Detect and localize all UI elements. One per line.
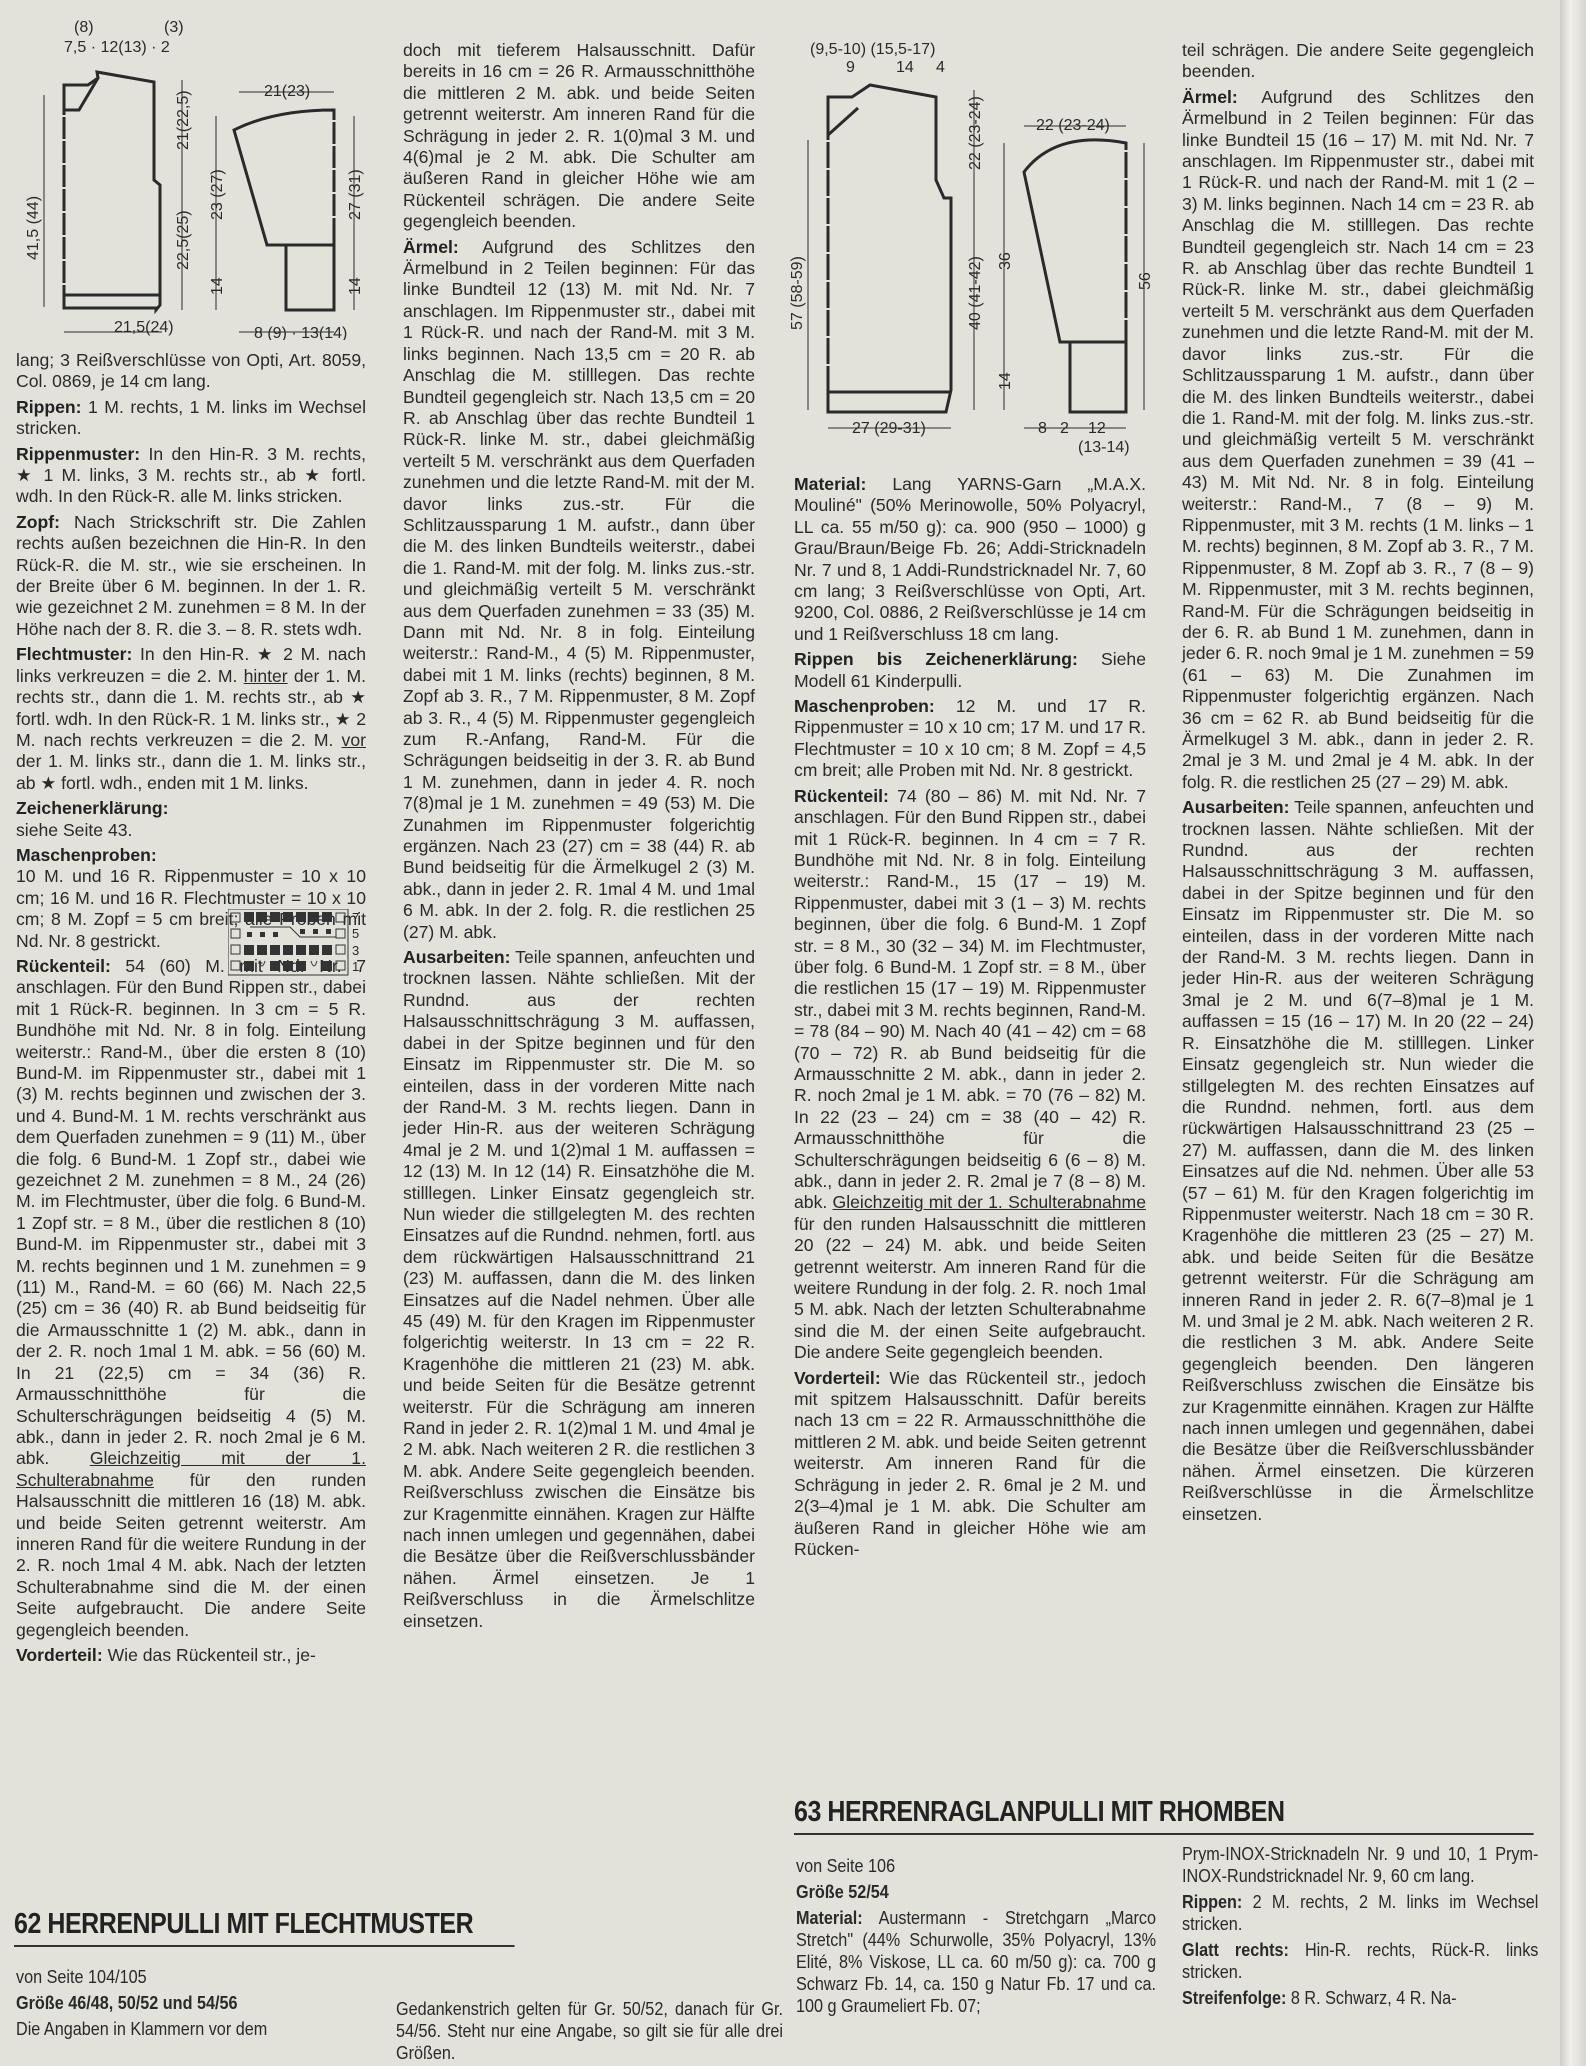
size-label: Größe 46/48, 50/52 und 54/56 (16, 1992, 367, 2014)
paragraph-rueckenteil: Rückenteil: 74 (80 – 86) M. mit Nd. Nr. … (794, 786, 1146, 1364)
paragraph-aermel: Ärmel: Aufgrund des Schlitzes den Ärmelb… (403, 237, 755, 943)
dim-label: 2 (1060, 420, 1069, 437)
paragraph-ausarbeiten: Ausarbeiten: Teile spannen, anfeuchten u… (1182, 797, 1534, 1525)
section-63-right: Prym-INOX-Stricknadeln Nr. 9 und 10, 1 P… (1182, 1843, 1538, 2013)
paragraph-rippen-ref: Rippen bis Zeichenerklärung: Siehe Model… (794, 649, 1146, 692)
paragraph-streifenfolge: Streifenfolge: 8 R. Schwarz, 4 R. Na- (1182, 1987, 1538, 2009)
column-1: lang; 3 Reißverschlüsse von Opti, Art. 8… (16, 350, 366, 1670)
dim-label: 41,5 (44) (25, 196, 42, 260)
section-62-note: Gedankenstrich gelten für Gr. 50/52, dan… (396, 1998, 783, 2066)
paragraph-rippenmuster: Rippenmuster: In den Hin-R. 3 M. rechts,… (16, 444, 366, 508)
paragraph-rippen: Rippen: 2 M. rechts, 2 M. links im Wechs… (1182, 1891, 1538, 1935)
dim-label: 4 (936, 59, 945, 76)
dim-label: 22 (23-24) (967, 96, 984, 170)
dim-label: 22 (23-24) (1036, 117, 1110, 134)
column-4: teil schrägen. Die andere Seite gegengle… (1182, 40, 1534, 1529)
column-2: doch mit tieferem Halsausschnitt. Dafür … (403, 40, 755, 1636)
paragraph-material-cont: lang; 3 Reißverschlüsse von Opti, Art. 8… (16, 350, 366, 393)
dim-label: 21,5(24) (114, 319, 174, 336)
page-edge (1560, 0, 1586, 2066)
dim-label: 40 (41-42) (967, 256, 984, 330)
paragraph-rippen: Rippen: 1 M. rechts, 1 M. links im Wechs… (16, 397, 366, 440)
row-number: 1 (352, 959, 359, 974)
paragraph-vorderteil: Vorderteil: Wie das Rückenteil str., jed… (794, 1368, 1146, 1561)
size-note: Die Angaben in Klammern vor dem (16, 2018, 367, 2040)
dim-label: 14 (997, 372, 1014, 390)
dim-label: 27 (31) (347, 169, 364, 220)
dim-label: 23 (27) (209, 169, 226, 220)
paragraph-maschenproben: Maschenproben: 12 M. und 17 R. Rippenmus… (794, 696, 1146, 782)
section-heading-62: 62 HERRENPULLI MIT FLECHTMUSTER (14, 1908, 515, 1947)
paragraph-vorderteil-cont: doch mit tieferem Halsausschnitt. Dafür … (403, 40, 755, 233)
size-label: Größe 52/54 (796, 1881, 1156, 1903)
dim-label: 8 (1038, 420, 1047, 437)
row-number: 5 (352, 926, 359, 941)
paragraph-flechtmuster: Flechtmuster: In den Hin-R. ★ 2 M. nach … (16, 644, 366, 794)
knitting-chart: 7 5 3 1 (228, 909, 364, 979)
dim-label: 56 (1137, 272, 1154, 290)
schematic-diagram-62: (8) (3) 7,5 · 12(13) · 2 21,5(24) 21(23)… (14, 20, 394, 340)
dim-label: 22,5(25) (175, 210, 192, 270)
dim-label: 14 (896, 59, 914, 76)
schematic-diagram-61: (9,5-10) (15,5-17) 9 14 4 27 (29-31) 22 … (786, 30, 1166, 460)
dim-label: 12 (1088, 420, 1106, 437)
from-page: von Seite 106 (796, 1855, 1156, 1877)
dim-label: (9,5-10) (15,5-17) (810, 41, 935, 58)
paragraph-vorderteil: Vorderteil: Wie das Rückenteil str., je- (16, 1645, 366, 1666)
paragraph-material: Material: Lang YARNS-Garn „M.A.X. Moulin… (794, 474, 1146, 645)
dim-label: 14 (209, 277, 226, 295)
section-heading-63: 63 HERRENRAGLANPULLI MIT RHOMBEN (794, 1796, 1534, 1835)
dim-label: 9 (846, 59, 855, 76)
row-number: 3 (352, 943, 359, 958)
paragraph-aermel: Ärmel: Aufgrund des Schlitzes den Ärmelb… (1182, 87, 1534, 793)
dim-label: (13-14) (1078, 439, 1130, 456)
column-3: Material: Lang YARNS-Garn „M.A.X. Moulin… (794, 474, 1146, 1564)
paragraph-vorderteil-cont: teil schrägen. Die andere Seite gegengle… (1182, 40, 1534, 83)
legend-block: Zeichenerklärung: siehe Seite 43. Masche… (16, 798, 226, 866)
dim-label: (8) (74, 20, 94, 36)
from-page: von Seite 104/105 (16, 1966, 367, 1988)
dim-label: 36 (997, 252, 1014, 270)
dim-label: 27 (29-31) (852, 420, 926, 437)
magazine-page: (8) (3) 7,5 · 12(13) · 2 21,5(24) 21(23)… (0, 0, 1560, 2066)
paragraph-material: Material: Austermann - Stretchgarn „Marc… (796, 1907, 1156, 2017)
paragraph-ausarbeiten: Ausarbeiten: Teile spannen, anfeuchten u… (403, 947, 755, 1632)
dim-label: 14 (347, 277, 364, 295)
dim-label: 8 (9) · 13(14) (254, 325, 347, 340)
section-63-left: von Seite 106 Größe 52/54 Material: Aust… (796, 1855, 1156, 2021)
row-number: 7 (352, 910, 359, 925)
paragraph-rueckenteil: Rückenteil: 54 (60) M. mit Nd. Nr. 7 ans… (16, 956, 366, 1641)
paragraph-zopf: Zopf: Nach Strickschrift str. Die Zahlen… (16, 512, 366, 640)
section-62-intro: von Seite 104/105 Größe 46/48, 50/52 und… (16, 1966, 367, 2044)
dim-label: 21(23) (264, 83, 310, 100)
paragraph-needles: Prym-INOX-Stricknadeln Nr. 9 und 10, 1 P… (1182, 1843, 1538, 1887)
dim-label: 7,5 · 12(13) · 2 (64, 39, 170, 56)
paragraph-glatt-rechts: Glatt rechts: Hin-R. rechts, Rück-R. lin… (1182, 1939, 1538, 1983)
dim-label: 21(22,5) (175, 90, 192, 150)
dim-label: (3) (164, 20, 184, 36)
dim-label: 57 (58-59) (789, 256, 806, 330)
